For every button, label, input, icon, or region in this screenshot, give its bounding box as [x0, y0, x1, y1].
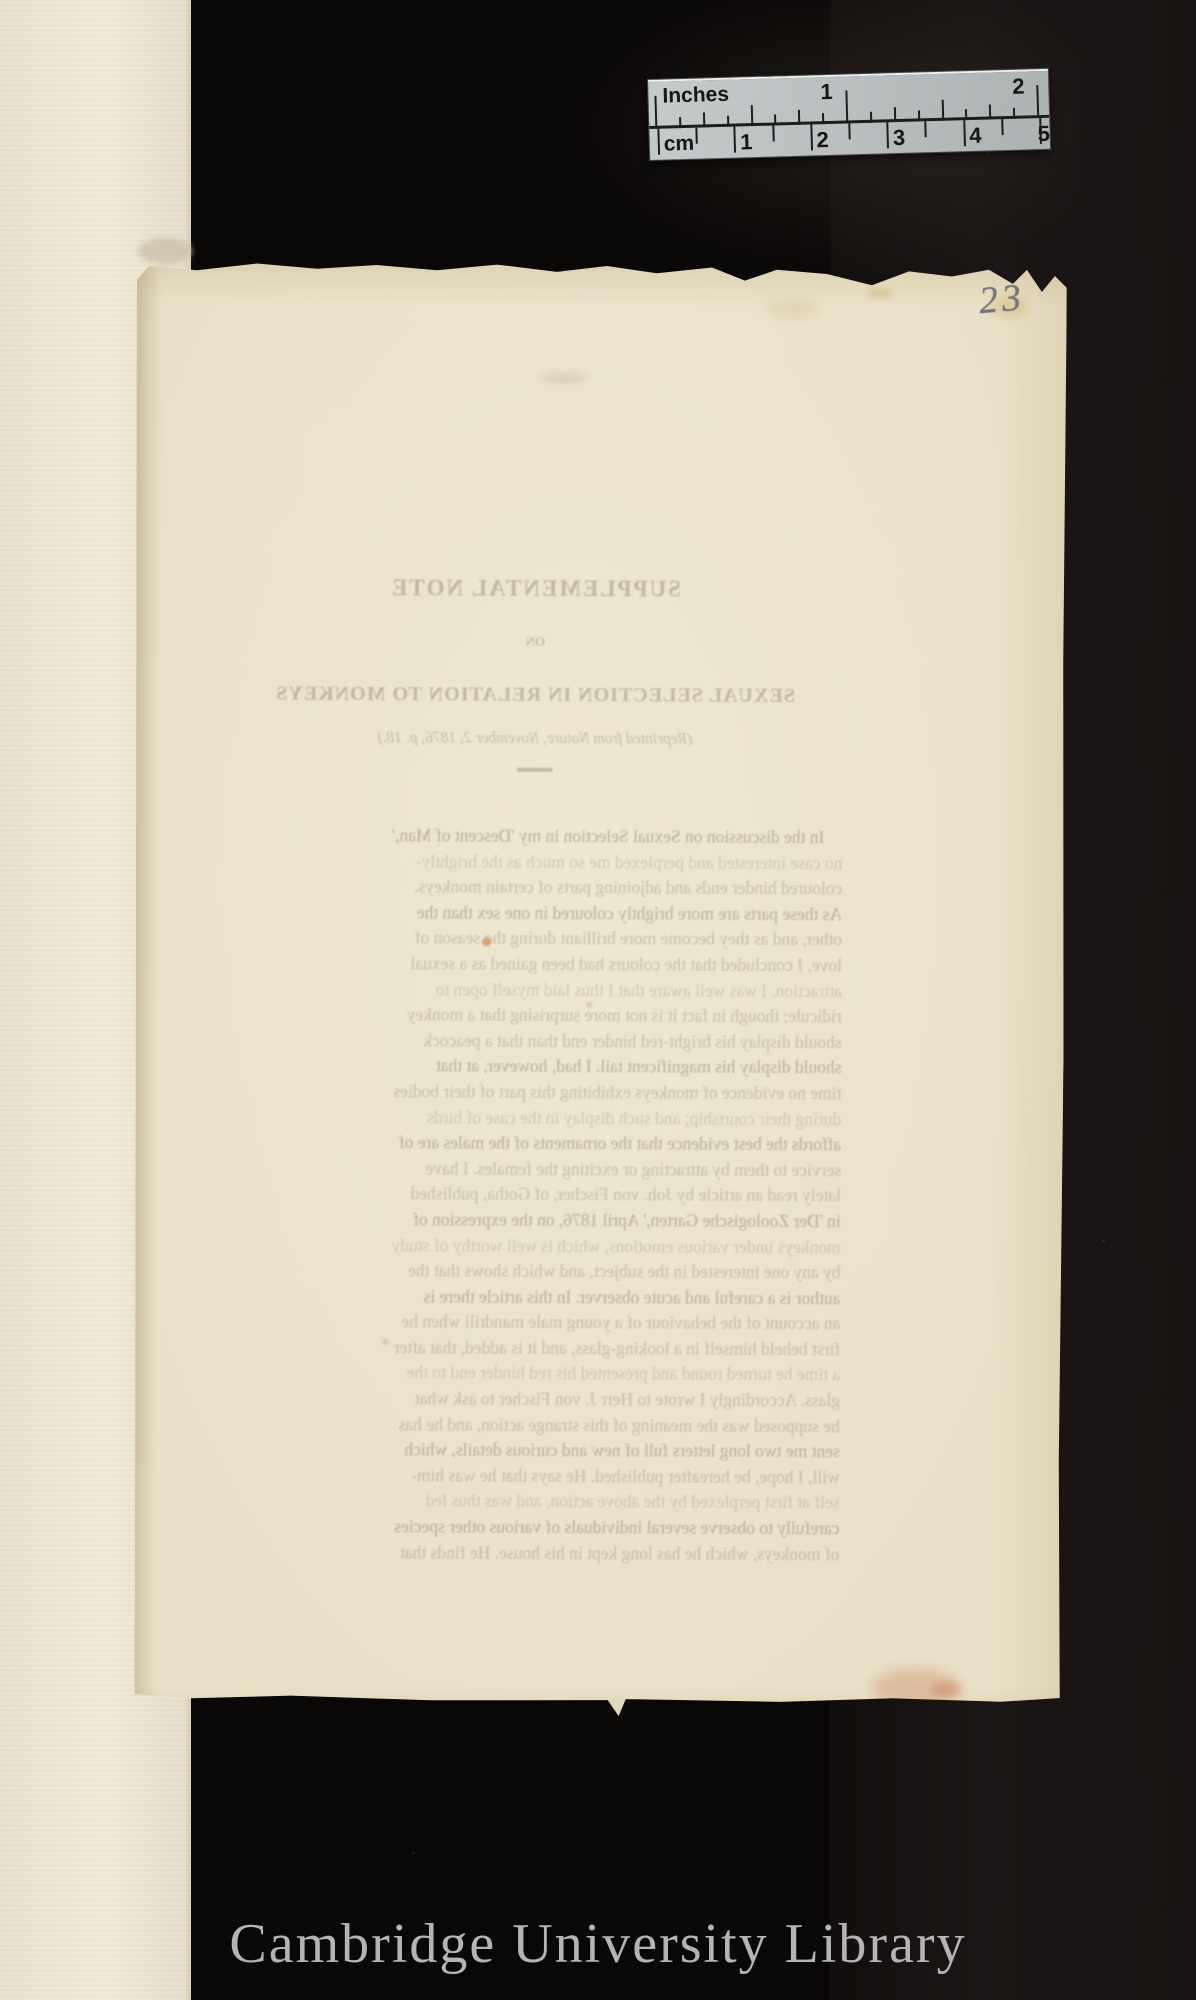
bleedthrough-text: SUPPLEMENTAL NOTE ON SEXUAL SELECTION IN… [223, 258, 845, 1721]
ruler-cm-label: cm [663, 132, 694, 157]
bleedthrough-line: sent me two long letters full of new and… [224, 1439, 840, 1467]
ruler-tick-cm [734, 127, 737, 153]
bleedthrough-line: an account of the behaviour of a young m… [224, 1311, 840, 1339]
bleedthrough-line: In the discussion on Sexual Selection in… [226, 824, 842, 852]
ruler-number-cm: 1 [740, 129, 753, 155]
bleedthrough-line: service to them by attracting or excitin… [225, 1157, 841, 1185]
ruler-inches-label: Inches [662, 83, 729, 109]
dust-speck [1102, 1240, 1105, 1242]
stain [931, 1681, 961, 1697]
ruler-tick-halfcm [925, 121, 927, 137]
ruler-tick-inch [989, 104, 991, 119]
ruler-number-cm: 3 [893, 125, 906, 151]
ruler-number-cm: 4 [969, 123, 982, 149]
bleedthrough-header-smudge [540, 372, 586, 384]
bleedthrough-line: author is a careful and acute observer. … [224, 1285, 840, 1313]
dust-speck [412, 1852, 415, 1854]
bleedthrough-line: lately read an article by Joh. von Fisch… [225, 1183, 841, 1211]
bleedthrough-line: during their courtship; and such display… [225, 1106, 841, 1134]
ruler-tick-inch [822, 113, 824, 124]
ruler-number-cm: 5 [1037, 121, 1050, 147]
bleedthrough-line: attraction. I was well aware that I thus… [226, 978, 842, 1006]
bleedthrough-line: a time he turned round and presented his… [224, 1362, 840, 1390]
ruler-tick-inch [965, 109, 967, 120]
document-page: SUPPLEMENTAL NOTE ON SEXUAL SELECTION IN… [131, 258, 1067, 1722]
ruler-tick-halfcm [848, 123, 850, 139]
bleedthrough-line: love, I concluded that the colours had b… [226, 952, 842, 980]
bleedthrough-line: should display his magnificent tail. I h… [225, 1055, 841, 1083]
bleedthrough-line: by any one interested in the subject, an… [225, 1259, 841, 1287]
bleedthrough-line: As these parts are more brightly coloure… [226, 901, 842, 929]
bleedthrough-line: of monkeys, which he has long kept in hi… [223, 1541, 839, 1569]
ruler-tick-inch [774, 114, 776, 125]
scale-ruler: Inches cm 1212345 [648, 69, 1050, 160]
ruler-tick-inch [894, 107, 896, 122]
ruler-tick-inch [750, 105, 753, 126]
ruler-tick-halfcm [696, 128, 698, 144]
bleedthrough-line: self at first perplexed by the above act… [224, 1490, 840, 1518]
bleedthrough-reprint-line: (Reprinted from Nature, November 2, 1876… [227, 728, 843, 749]
ruler-tick-cm [810, 124, 813, 150]
ruler-tick-inch [870, 112, 872, 123]
ruler-tick-inch [1013, 108, 1015, 119]
ruler-tick-inch [727, 116, 729, 127]
ruler-tick-inch [845, 90, 848, 123]
ruler-tick-inch [1036, 85, 1039, 118]
ruler-number-inch: 1 [820, 79, 833, 105]
ruler-tick-inch [654, 96, 657, 129]
ruler-tick-inch [703, 112, 705, 127]
page-corner-curl [138, 238, 192, 264]
bleedthrough-line: monkeys under various emotions, which is… [225, 1234, 841, 1262]
bleedthrough-line: should display his bright-red hinder end… [226, 1029, 842, 1057]
bleedthrough-line: affords the best evidence that the ornam… [225, 1132, 841, 1160]
bleedthrough-line: first beheld himself in a looking-glass,… [224, 1336, 840, 1364]
bleedthrough-line: no case interested and perplexed me so m… [226, 850, 842, 878]
ruler-tick-halfcm [1001, 119, 1003, 135]
bleedthrough-line: coloured hinder ends and adjoining parts… [226, 876, 842, 904]
ruler-tick-cm [963, 120, 966, 146]
bleedthrough-line: carefully to observe several individuals… [223, 1515, 839, 1543]
ruler-tick-inch [941, 100, 944, 121]
stain [867, 287, 893, 299]
bleedthrough-line: in 'Der Zoologische Garten,' April 1876,… [225, 1208, 841, 1236]
ruler-number-cm: 2 [816, 127, 829, 153]
bleedthrough-line: will, I hope, be hereafter published. He… [224, 1464, 840, 1492]
dust-speck [986, 152, 989, 154]
ruler-number-inch: 2 [1012, 73, 1025, 99]
bleedthrough-line: glass. Accordingly I wrote to Herr J. vo… [224, 1387, 840, 1415]
library-watermark: Cambridge University Library [0, 1912, 1196, 1976]
bleedthrough-line: ridicule; though in fact it is not more … [226, 1004, 842, 1032]
bleedthrough-line: time no evidence of monkeys exhibiting t… [225, 1080, 841, 1108]
bleedthrough-line: other, and as they become more brilliant… [226, 927, 842, 955]
ruler-tick-cm [886, 122, 889, 148]
ruler-tick-halfcm [772, 126, 774, 142]
bleedthrough-ornament-rule [517, 768, 553, 772]
photo-stage: SUPPLEMENTAL NOTE ON SEXUAL SELECTION IN… [0, 0, 1196, 2000]
bleedthrough-line: he supposed was the meaning of this stra… [224, 1413, 840, 1441]
ruler-tick-inch [798, 110, 800, 125]
ruler-tick-cm [657, 129, 660, 155]
bleedthrough-title: SEXUAL SELECTION IN RELATION TO MONKEYS [227, 682, 843, 708]
ruler-tick-inch [679, 117, 681, 128]
ruler-tick-inch [918, 110, 920, 121]
bleedthrough-body: In the discussion on Sexual Selection in… [223, 824, 842, 1569]
bleedthrough-title: SUPPLEMENTAL NOTE [228, 574, 844, 603]
bleedthrough-title: ON [227, 632, 843, 651]
